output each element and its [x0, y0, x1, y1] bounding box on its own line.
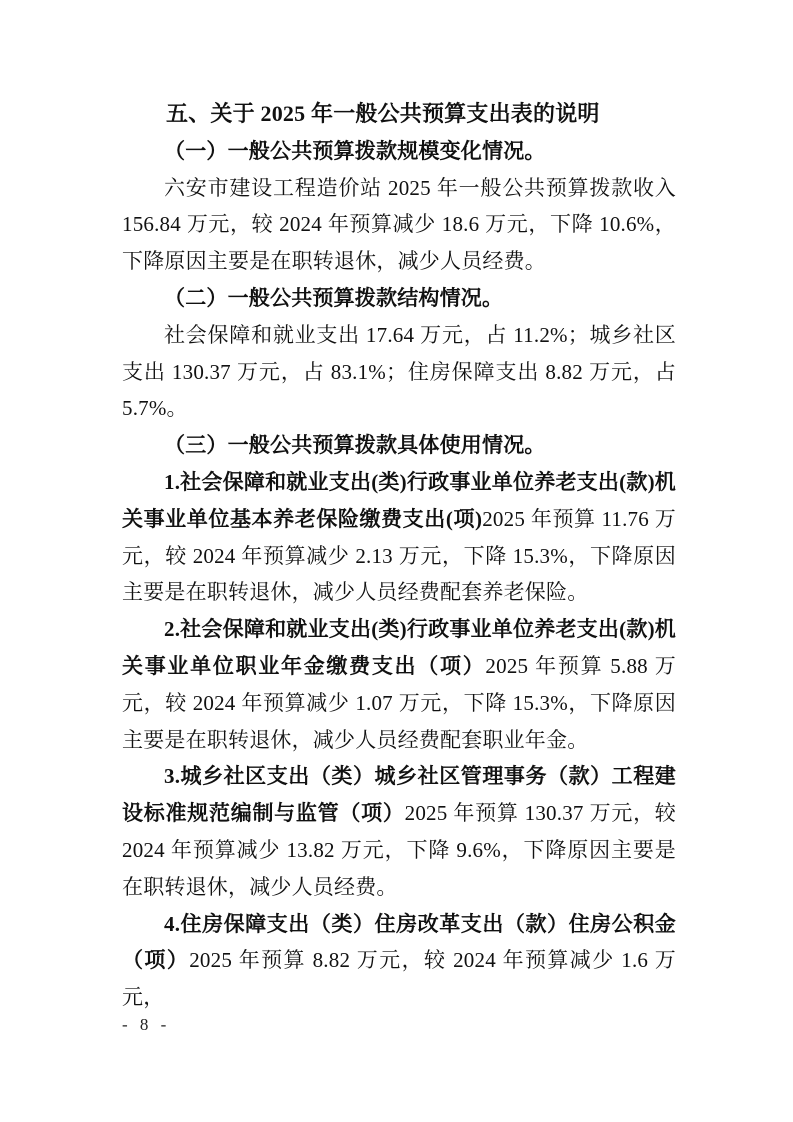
budget-item-4-paragraph: 4.住房保障支出（类）住房改革支出（款）住房公积金（项）2025 年预算 8.8… [122, 906, 676, 1016]
budget-item-2-paragraph: 2.社会保障和就业支出(类)行政事业单位养老支出(款)机关事业单位职业年金缴费支… [122, 611, 676, 758]
document-page: 五、关于 2025 年一般公共预算支出表的说明 （一）一般公共预算拨款规模变化情… [0, 0, 793, 1122]
section-1-paragraph-text: 六安市建设工程造价站 2025 年一般公共预算拨款收入 156.84 万元，较 … [122, 176, 676, 274]
section-1-paragraph: 六安市建设工程造价站 2025 年一般公共预算拨款收入 156.84 万元，较 … [122, 170, 676, 280]
section-2-paragraph-text: 社会保障和就业支出 17.64 万元，占 11.2%；城乡社区支出 130.37… [122, 323, 676, 421]
budget-item-1-paragraph: 1.社会保障和就业支出(类)行政事业单位养老支出(款)机关事业单位基本养老保险缴… [122, 464, 676, 611]
section-3-heading: （三）一般公共预算拨款具体使用情况。 [122, 427, 676, 464]
document-content: 五、关于 2025 年一般公共预算支出表的说明 （一）一般公共预算拨款规模变化情… [122, 96, 676, 1016]
section-2-heading: （二）一般公共预算拨款结构情况。 [122, 280, 676, 317]
section-2-paragraph: 社会保障和就业支出 17.64 万元，占 11.2%；城乡社区支出 130.37… [122, 317, 676, 427]
page-number: - 8 - [122, 1013, 170, 1037]
budget-item-3-paragraph: 3.城乡社区支出（类）城乡社区管理事务（款）工程建设标准规范编制与监管（项）20… [122, 758, 676, 905]
document-title: 五、关于 2025 年一般公共预算支出表的说明 [122, 96, 676, 133]
budget-item-4-text: 2025 年预算 8.82 万元，较 2024 年预算减少 1.6 万元， [122, 948, 676, 1009]
section-1-heading: （一）一般公共预算拨款规模变化情况。 [122, 133, 676, 170]
